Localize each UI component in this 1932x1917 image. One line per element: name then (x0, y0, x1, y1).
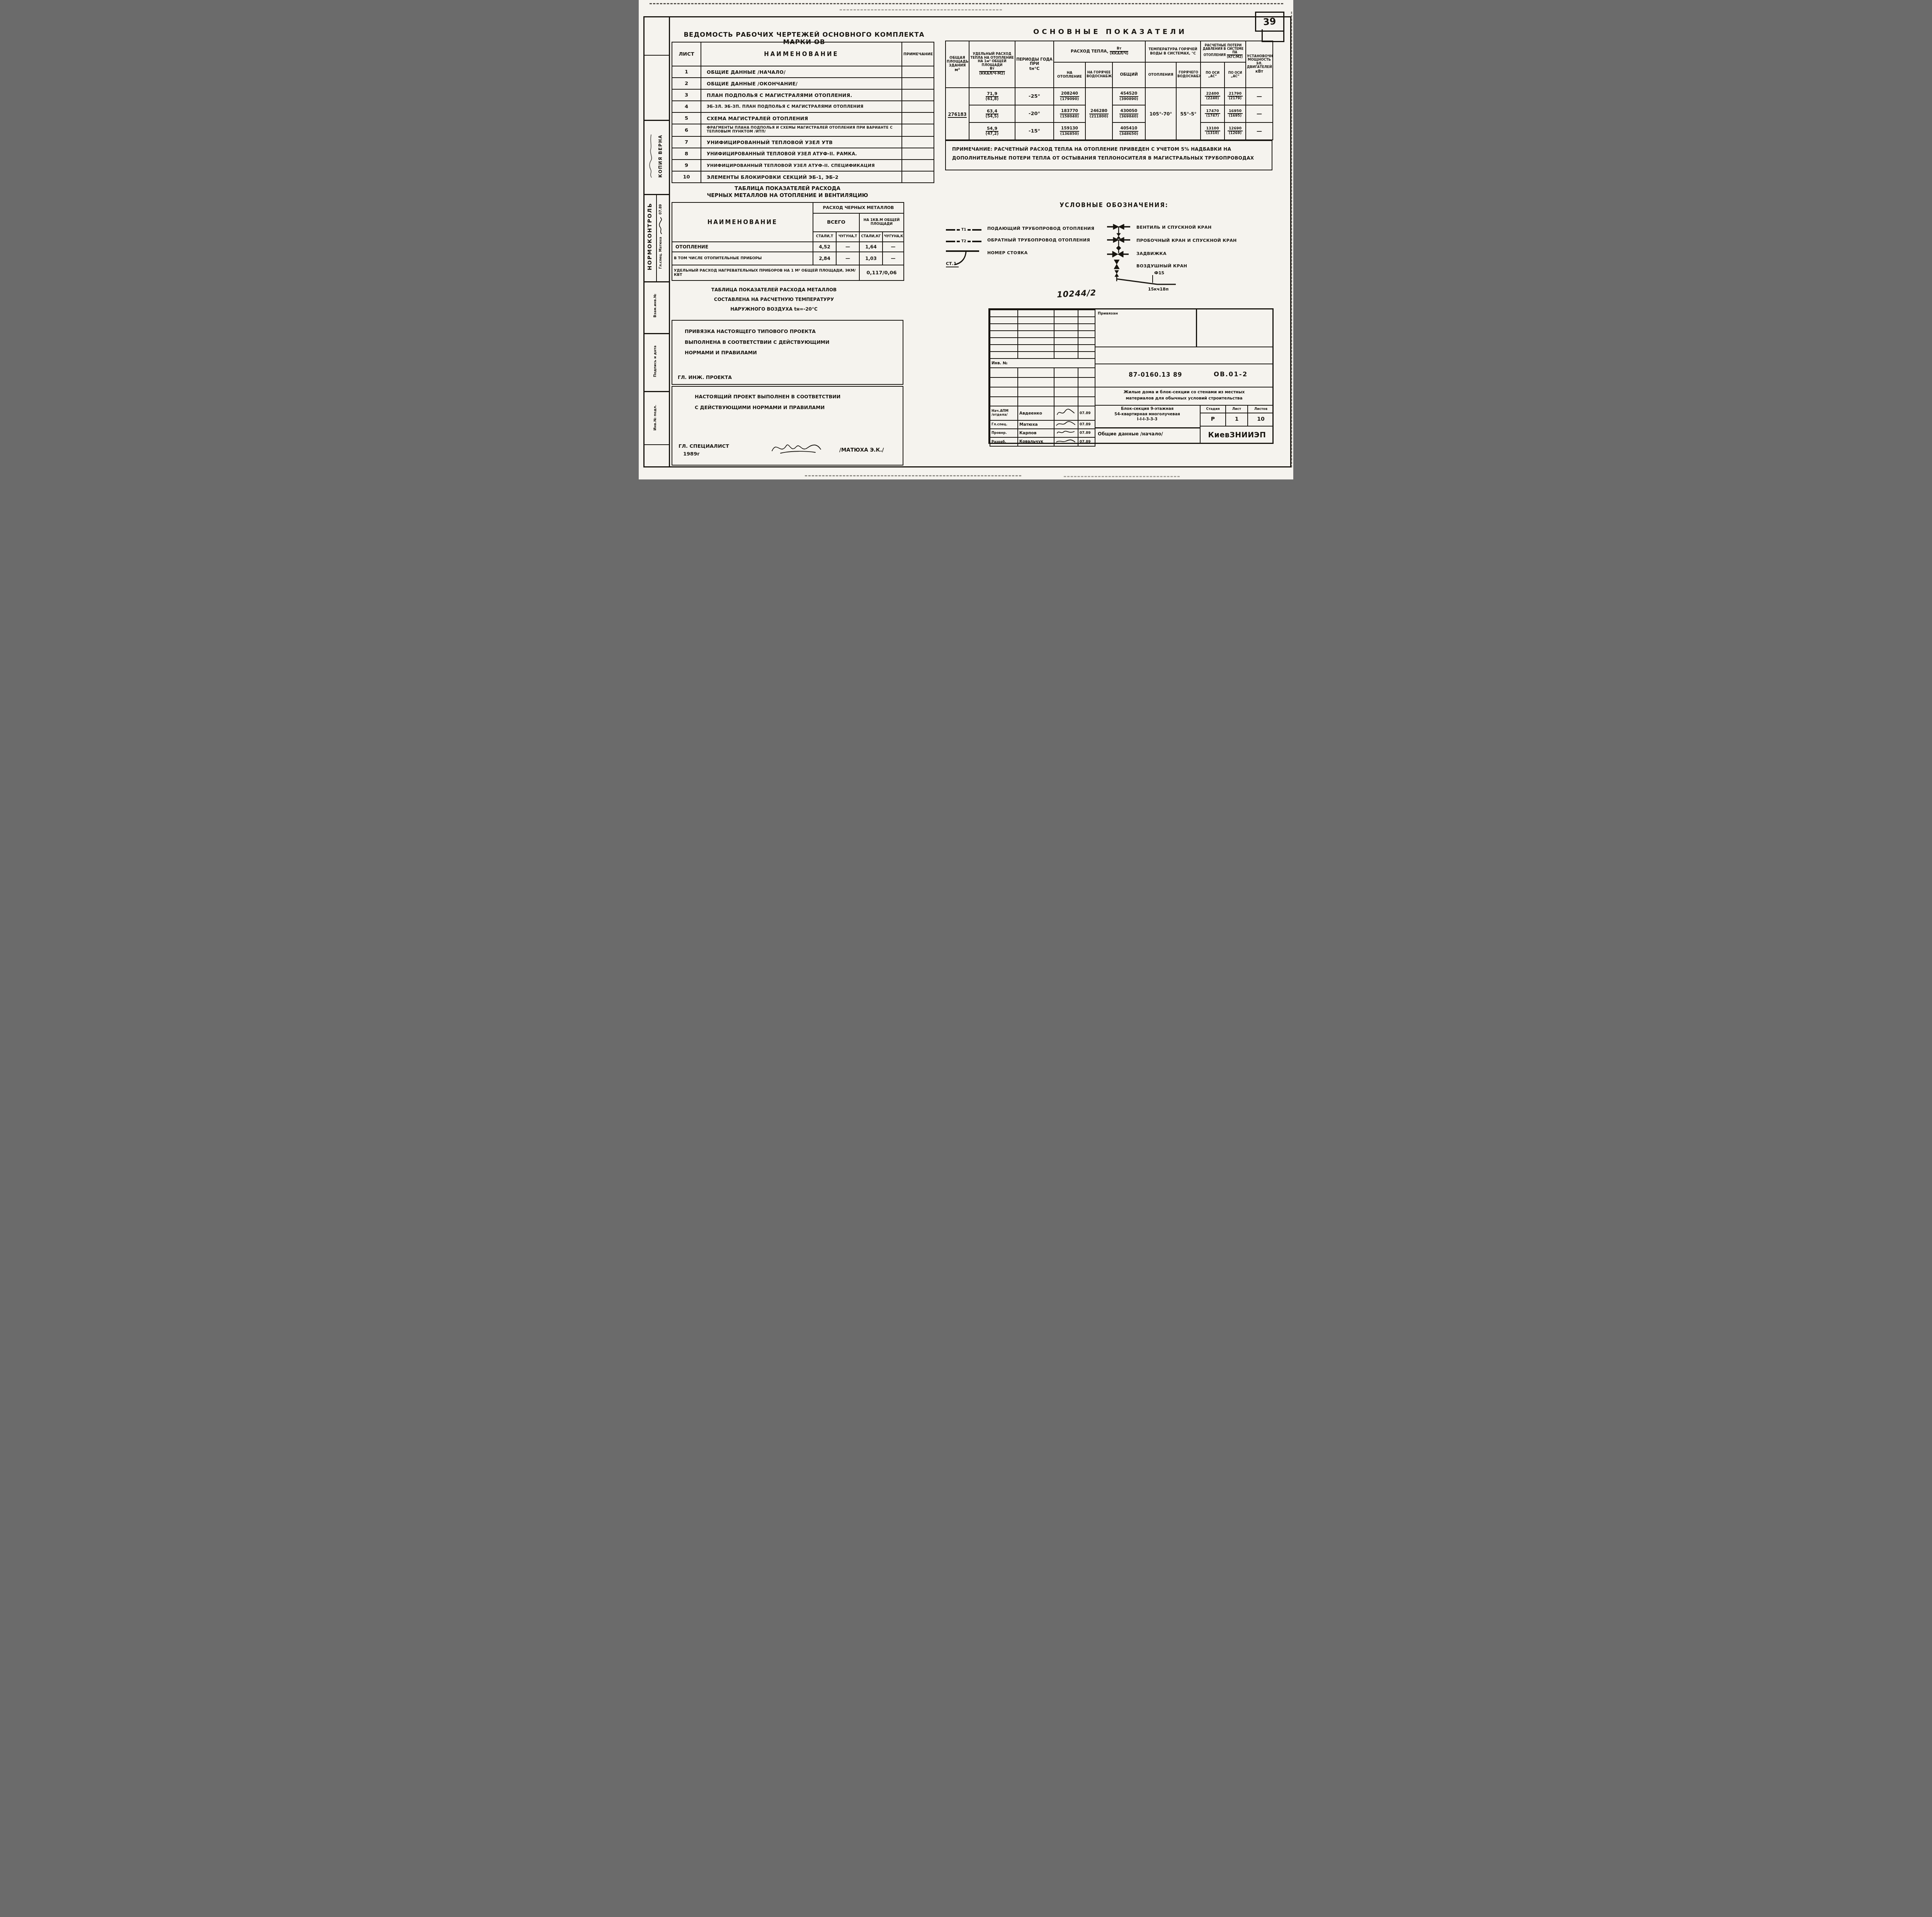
h-heat-frac-bot: (ККАЛ/Ч) (1110, 52, 1128, 56)
metals-table: НАИМЕНОВАНИЕ РАСХОД ЧЕРНЫХ МЕТАЛЛОВ ВСЕГ… (672, 202, 904, 281)
metals-title-l2: ЧЕРНЫХ МЕТАЛЛОВ НА ОТОПЛЕНИЕ И ВЕНТИЛЯЦИ… (707, 192, 868, 199)
h-area: ОБЩАЯ ПЛОЩАДЬ ЗДАНИЯ (947, 56, 968, 68)
table-row: 2ОБЩИЕ ДАННЫЕ /ОКОНЧАНИЕ/ (672, 78, 934, 89)
normokontrol-label: НОРМОКОНТРОЛЬ (645, 194, 655, 279)
sheet-number-box: 39 (1255, 12, 1284, 32)
loss1-bot: (2240) (1205, 97, 1220, 101)
table-row: 3ПЛАН ПОДПОЛЬЯ С МАГИСТРАЛЯМИ ОТОПЛЕНИЯ. (672, 89, 934, 101)
h-power-unit: кВт (1255, 70, 1263, 74)
air-valve-model: 15кч18п (1148, 287, 1168, 292)
specific-top: 63,4 (986, 109, 999, 114)
legend-label-plug: ПРОБОЧНЫЙ КРАН И СПУСКНОЙ КРАН (1136, 238, 1237, 243)
indicators-note-box: ПРИМЕЧАНИЕ: РАСЧЕТНЫЙ РАСХОД ТЕПЛА НА ОТ… (945, 140, 1272, 170)
indicators-table: ОБЩАЯ ПЛОЩАДЬ ЗДАНИЯ м² УДЕЛЬНЫЙ РАСХОД … (945, 41, 1273, 140)
table-row: 6ФРАГМЕНТЫ ПЛАНА ПОДПОЛЬЯ И СХЕМЫ МАГИСТ… (672, 124, 934, 136)
person-date: 07.89 (1080, 411, 1090, 415)
h-heat-frac-top: Вт (1110, 47, 1128, 52)
row-name: ЭЛЕМЕНТЫ БЛОКИРОВКИ СЕКЦИЙ ЭБ-1, ЭБ-2 (707, 174, 838, 180)
person-name: Карпов (1019, 431, 1036, 435)
row-num: 10 (683, 174, 690, 180)
copy-stamp-text: КОПИЯ ВЕРНА (658, 134, 663, 177)
riser-tag: СТ.1 (946, 261, 959, 267)
person-date: 07.89 (1080, 440, 1090, 444)
metals-col-steel-t: СТАЛИ,Т (816, 235, 833, 238)
sheets-label: Листов (1248, 406, 1274, 413)
h-temp-group: ТЕМПЕРАТУРА ГОРЯЧЕЙ ВОДЫ В СИСТЕМАХ, °С (1148, 48, 1197, 55)
revision-grid: Инв. № Нач.АПМ/отдела/ Авдеенко 07.89 Гл… (990, 309, 1095, 447)
hot-water-bot: (211800) (1089, 114, 1109, 119)
title-block: Инв. № Нач.АПМ/отдела/ Авдеенко 07.89 Гл… (988, 308, 1274, 444)
pipe-t2-tag: Т2 (961, 240, 966, 243)
h-temp-heating: ОТОПЛЕНИЯ (1148, 73, 1173, 77)
copy-edge-bottom-2 (1064, 476, 1180, 477)
doc-number: 87-0160.13 89 (1129, 371, 1182, 378)
metals-footer-value: 0,117/0,06 (867, 270, 897, 276)
riser-symbol: СТ.1 (946, 250, 979, 268)
heating-top: 208240 (1060, 92, 1079, 97)
metals-steel-kg: 1,64 (865, 244, 877, 250)
signature-icon (1056, 438, 1076, 444)
signature-icon (1056, 429, 1076, 435)
indicators-title-text: ОСНОВНЫЕ ПОКАЗАТЕЛИ (1033, 28, 1187, 36)
col-note: ПРИМЕЧАНИЕ (903, 52, 933, 56)
metals-note-l3: НАРУЖНОГО ВОЗДУХА tн=-20°С (730, 306, 817, 312)
h-heating: НА ОТОПЛЕНИЕ (1057, 71, 1082, 79)
indicators-title: ОСНОВНЫЕ ПОКАЗАТЕЛИ (1006, 28, 1214, 36)
period-value: -25° (1029, 93, 1040, 99)
gate-valve-icon (1107, 250, 1129, 258)
metals-footer-row: УДЕЛЬНЫЙ РАСХОД НАГРЕВАТЕЛЬНЫХ ПРИБОРОВ … (672, 265, 904, 280)
person-role: Гл.спец. (992, 423, 1007, 427)
row-num: 6 (685, 127, 688, 133)
row-num: 3 (685, 92, 688, 98)
legend-label-t2: ОБРАТНЫЙ ТРУБОПРОВОД ОТОПЛЕНИЯ (987, 238, 1090, 243)
row-name: ЭБ-3Л. ЭБ-3П. ПЛАН ПОДПОЛЬЯ С МАГИСТРАЛЯ… (707, 104, 864, 109)
specific-bot: (61,8) (986, 97, 999, 102)
copy-edge-top-2 (840, 9, 1002, 10)
metals-note-l2: СОСТАВЛЕНА НА РАСЧЕТНУЮ ТЕМПЕРАТУРУ (714, 297, 834, 302)
power-value: — (1257, 111, 1262, 117)
table-row: 7УНИФИЦИРОВАННЫЙ ТЕПЛОВОЙ УЗЕЛ УТВ (672, 136, 934, 148)
row-name: ОБЩИЕ ДАННЫЕ /ОКОНЧАНИЕ/ (707, 81, 798, 87)
power-value: — (1257, 128, 1262, 134)
object-line2: 54-квартирная многолучевая (1114, 412, 1180, 416)
legend-label-t1: ПОДАЮЩИЙ ТРУБОПРОВОД ОТОПЛЕНИЯ (987, 226, 1094, 231)
metals-title-l1: ТАБЛИЦА ПОКАЗАТЕЛЕЙ РАСХОДА (735, 185, 840, 192)
loss2-bot: (2179) (1228, 97, 1243, 101)
specific-bot: (47,2) (986, 132, 999, 136)
legend-air-text: ВОЗДУШНЫЙ КРАН (1136, 263, 1187, 269)
person-row: Провер. Карпов 07.89 (990, 429, 1095, 437)
pipe-t1-tag: Т1 (961, 228, 966, 232)
person-date: 07.89 (1080, 423, 1090, 427)
metals-table-title: ТАБЛИЦА ПОКАЗАТЕЛЕЙ РАСХОДА ЧЕРНЫХ МЕТАЛ… (672, 185, 903, 199)
loss2-top: 21790 (1228, 92, 1243, 97)
signature-icon (1056, 408, 1076, 417)
person-row: Нач.АПМ/отдела/ Авдеенко 07.89 (990, 406, 1095, 420)
specific-top: 71,9 (986, 92, 999, 97)
metals-row-name: В ТОМ ЧИСЛЕ ОТОПИТЕЛЬНЫЕ ПРИБОРЫ (674, 256, 762, 260)
binding-note-box: ПРИВЯЗКА НАСТОЯЩЕГО ТИПОВОГО ПРОЕКТА ВЫП… (672, 320, 903, 385)
compliance-box: НАСТОЯЩИЙ ПРОЕКТ ВЫПОЛНЕН В СООТВЕТСТВИИ… (672, 386, 903, 466)
copy-edge-bottom (805, 475, 1021, 476)
specific-bot: (54,5) (986, 114, 999, 119)
h-specific: УДЕЛЬНЫЙ РАСХОД ТЕПЛА НА ОТОПЛЕНИЕ НА 1м… (970, 52, 1014, 67)
series-line1: Жилые дома и блок-секции со стенами из м… (1124, 390, 1245, 394)
h-total: ОБЩИЙ (1120, 73, 1138, 77)
sheets-value: 10 (1248, 413, 1274, 426)
row-name: УНИФИЦИРОВАННЫЙ ТЕПЛОВОЙ УЗЕЛ АТУФ-II. С… (707, 163, 875, 168)
metals-steel-t: 4,52 (819, 244, 830, 250)
metals-steel-kg: 1,03 (865, 256, 877, 261)
metals-iron-t: — (845, 256, 850, 261)
air-model-text: 15кч18п (1148, 287, 1168, 292)
h-power: УСТАНОВОЧНАЯ МОЩНОСТЬ ЭЛ. ДВИГАТЕЛЕЙ (1247, 54, 1273, 70)
air-valve-size: Ф15 (1154, 270, 1164, 275)
heating-bot: (136850) (1060, 132, 1079, 136)
row-num: 4 (685, 104, 688, 110)
copy-stamp-signature (648, 123, 653, 189)
signature-icon (659, 217, 663, 235)
signature-icon (648, 133, 653, 179)
h-heat-group: РАСХОД ТЕПЛА, (1071, 49, 1109, 54)
row-num: 7 (685, 139, 688, 145)
period-value: -20° (1029, 111, 1040, 117)
legend-label-gate: ЗАДВИЖКА (1136, 251, 1167, 256)
area-value: 276183 (948, 112, 966, 118)
person-role2: /отдела/ (992, 413, 1008, 417)
air-size-text: Ф15 (1154, 270, 1164, 275)
normokontrol-sign-row: Гл.спец. Матюха 07.89 (658, 194, 663, 279)
metals-note-l1: ТАБЛИЦА ПОКАЗАТЕЛЕЙ РАСХОДА МЕТАЛЛОВ (711, 287, 837, 292)
inv-podl-label: Инв.№ подл. (653, 393, 658, 442)
legend-item-t1: Т1 (946, 228, 981, 232)
compliance-l1: НАСТОЯЩИЙ ПРОЕКТ ВЫПОЛНЕН В СООТВЕТСТВИИ (695, 394, 840, 399)
total-bot: (369840) (1119, 114, 1139, 119)
hot-water-top: 246280 (1089, 109, 1109, 114)
compliance-name: /МАТЮХА Э.К./ (839, 447, 884, 453)
corner-note: Привязан (1098, 311, 1118, 316)
binding-signer: ГЛ. ИНЖ. ПРОЕКТА (678, 374, 732, 380)
podpis-data-label: Подпись и дата (653, 335, 658, 388)
heating-bot: (158040) (1060, 114, 1079, 119)
normokontrol-text: НОРМОКОНТРОЛЬ (647, 203, 653, 270)
metals-row-name: ОТОПЛЕНИЕ (675, 244, 708, 250)
table-row: 1ОБЩИЕ ДАННЫЕ /НАЧАЛО/ (672, 66, 934, 78)
row-name: ФРАГМЕНТЫ ПЛАНА ПОДПОЛЬЯ И СХЕМЫ МАГИСТР… (707, 126, 893, 134)
legend-t2-text: ОБРАТНЫЙ ТРУБОПРОВОД ОТОПЛЕНИЯ (987, 238, 1090, 243)
metals-col-iron-kg: ЧУГУНА,КГ (884, 235, 904, 238)
signature-icon (1056, 421, 1076, 427)
series-line2: материалов для обычных условий строитель… (1126, 396, 1243, 401)
loss2-bot: (1695) (1228, 114, 1243, 118)
legend-valve-text: ВЕНТИЛЬ И СПУСКНОЙ КРАН (1136, 225, 1212, 230)
h-specific-frac-top: Вт (979, 67, 1005, 72)
indicators-note-text: ПРИМЕЧАНИЕ: РАСЧЕТНЫЙ РАСХОД ТЕПЛА НА ОТ… (952, 146, 1254, 161)
legend-label-valve: ВЕНТИЛЬ И СПУСКНОЙ КРАН (1136, 225, 1212, 230)
legend-plug-text: ПРОБОЧНЫЙ КРАН И СПУСКНОЙ КРАН (1136, 238, 1237, 243)
h-hot-water: НА ГОРЯЧЕЕ ВОДОСНАБЖЕНИЕ (1087, 71, 1112, 78)
h-loss-frac-top: ПА (1227, 51, 1243, 55)
metals-row: ОТОПЛЕНИЕ 4,52 — 1,64 — (672, 242, 904, 252)
object-line3: I-I-I-3-3-3 (1137, 417, 1158, 421)
total-top: 405410 (1119, 126, 1139, 131)
total-top: 454520 (1119, 92, 1139, 97)
heating-top: 159130 (1060, 126, 1079, 131)
organization-text: КиевЗНИИЭП (1208, 431, 1266, 439)
row-num: 2 (685, 81, 688, 87)
loss1-bot: (1747) (1205, 114, 1220, 118)
heating-bot: (179090) (1060, 97, 1079, 101)
title-block-right: Привязан 87-0160.13 89 ОВ.01-2 Жилые дом… (1095, 309, 1274, 443)
metals-col-steel-kg: СТАЛИ,КГ (861, 235, 881, 238)
h-specific-frac-bot: (ККАЛ/Ч·М2) (979, 72, 1005, 76)
vzam-inv-text: Взам.инв.№ (653, 294, 657, 317)
h-loss-frac-bot: (КГС/М2) (1227, 55, 1243, 59)
table-row: 9УНИФИЦИРОВАННЫЙ ТЕПЛОВОЙ УЗЕЛ АТУФ-II. … (672, 160, 934, 171)
metals-note: ТАБЛИЦА ПОКАЗАТЕЛЕЙ РАСХОДА МЕТАЛЛОВ СОС… (693, 285, 855, 314)
stage-label: Стадия (1201, 406, 1226, 413)
drawings-table: ЛИСТ НАИМЕНОВАНИЕ ПРИМЕЧАНИЕ 1ОБЩИЕ ДАНН… (672, 42, 934, 183)
row-num: 5 (685, 116, 688, 121)
legend-gate-text: ЗАДВИЖКА (1136, 251, 1167, 256)
compliance-year: 1989г (679, 451, 700, 457)
sheet-value: 1 (1226, 413, 1248, 426)
h-period: ПЕРИОДЫ ГОДА ПРИ (1016, 58, 1053, 66)
person-row: Разраб. Ковальчук 07.89 (990, 437, 1095, 446)
table-row: 5СХЕМА МАГИСТРАЛЕЙ ОТОПЛЕНИЯ (672, 112, 934, 124)
binding-l1: ПРИВЯЗКА НАСТОЯЩЕГО ТИПОВОГО ПРОЕКТА (685, 328, 816, 334)
person-name: Матюха (1019, 422, 1038, 427)
person-date: 07.89 (1080, 431, 1090, 435)
table-row: 4ЭБ-3Л. ЭБ-3П. ПЛАН ПОДПОЛЬЯ С МАГИСТРАЛ… (672, 101, 934, 112)
period-value: -15° (1029, 128, 1040, 134)
person-name: Ковальчук (1019, 440, 1043, 444)
heating-top: 183770 (1060, 109, 1079, 114)
col-sheet: ЛИСТ (679, 51, 694, 57)
person-role: Разраб. (992, 440, 1006, 444)
sheet-label: Лист (1226, 406, 1248, 413)
h-period-unit: tн°С (1029, 66, 1039, 71)
loss1-top: 22400 (1205, 92, 1220, 97)
row-num: 9 (685, 163, 688, 168)
loss2-top: 12690 (1228, 127, 1243, 131)
legend-label-riser: НОМЕР СТОЯКА (987, 250, 1028, 255)
row-name: ПЛАН ПОДПОЛЬЯ С МАГИСТРАЛЯМИ ОТОПЛЕНИЯ. (707, 92, 852, 98)
row-name: СХЕМА МАГИСТРАЛЕЙ ОТОПЛЕНИЯ (707, 116, 808, 121)
legend-t1-text: ПОДАЮЩИЙ ТРУБОПРОВОД ОТОПЛЕНИЯ (987, 226, 1094, 231)
indicators-row: 276183 71,9(61,8) -25° 208240(179090) 24… (946, 88, 1273, 105)
specific-top: 54,9 (986, 126, 999, 132)
metals-iron-t: — (845, 244, 850, 250)
organization: КиевЗНИИЭП (1201, 427, 1274, 444)
normokontrol-date: 07.89 (659, 204, 663, 214)
power-value: — (1257, 93, 1262, 100)
metals-steel-t: 2,84 (819, 256, 830, 261)
binding-l2: ВЫПОЛНЕНА В СООТВЕТСТВИИ С ДЕЙСТВУЮЩИМИ (685, 339, 830, 345)
sheet-number: 39 (1263, 16, 1276, 27)
binding-l3: НОРМАМИ И ПРАВИЛАМИ (685, 350, 757, 355)
blueprint-sheet: КОПИЯ ВЕРНА НОРМОКОНТРОЛЬ Гл.спец. Матюх… (639, 0, 1293, 479)
signature-icon (769, 438, 823, 456)
copy-stamp: КОПИЯ ВЕРНА (657, 121, 663, 192)
copy-edge-top (650, 3, 1283, 4)
h-area-unit: м² (955, 67, 960, 72)
loss1-top: 13100 (1205, 127, 1220, 131)
metals-footer-label: УДЕЛЬНЫЙ РАСХОД НАГРЕВАТЕЛЬНЫХ ПРИБОРОВ … (674, 269, 856, 277)
person-name: Авдеенко (1019, 411, 1042, 416)
normokontrol-signer: Гл.спец. Матюха (659, 237, 663, 269)
total-top: 430050 (1119, 109, 1139, 114)
person-role: Нач.АПМ (992, 409, 1009, 413)
loss1-top: 17470 (1205, 109, 1220, 114)
col-name: НАИМЕНОВАНИЕ (764, 51, 839, 58)
h-loss-axis1: ПО ОСИ „АС“ (1206, 71, 1219, 78)
inv-number-label: Инв. № (992, 361, 1007, 365)
loss2-bot: (1269) (1228, 131, 1243, 136)
row-name: УНИФИЦИРОВАННЫЙ ТЕПЛОВОЙ УЗЕЛ УТВ (707, 139, 833, 145)
total-bot: (348650) (1119, 132, 1139, 136)
metals-col-name: НАИМЕНОВАНИЕ (707, 219, 778, 226)
metals-col-iron-t: ЧУГУНА,Т (838, 235, 857, 238)
total-bot: (390890) (1119, 97, 1139, 101)
person-row: Гл.спец. Матюха 07.89 (990, 420, 1095, 429)
metals-row: В ТОМ ЧИСЛЕ ОТОПИТЕЛЬНЫЕ ПРИБОРЫ 2,84 — … (672, 252, 904, 265)
metals-iron-kg: — (891, 256, 896, 261)
podpis-data-text: Подпись и дата (653, 345, 657, 377)
object-line1: Блок-секция 9-этажная (1121, 407, 1173, 411)
loss2-top: 16950 (1228, 109, 1243, 114)
row-name: ОБЩИЕ ДАННЫЕ /НАЧАЛО/ (707, 69, 786, 75)
compliance-role: ГЛ. СПЕЦИАЛИСТ (679, 444, 729, 449)
inv-podl-text: Инв.№ подл. (653, 405, 657, 431)
h-loss-axis2: ПО ОСИ „АС“ (1228, 71, 1242, 78)
legend-label-air: ВОЗДУШНЫЙ КРАН (1136, 263, 1187, 269)
legend-item-t2: Т2 (946, 240, 981, 243)
legend-title-text: УСЛОВНЫЕ ОБОЗНАЧЕНИЯ: (1060, 202, 1168, 209)
row-num: 1 (685, 69, 688, 75)
row-num: 8 (685, 151, 688, 157)
margin-strip-divider (669, 16, 670, 466)
h-temp-hw: ГОРЯЧЕГО ВОДОСНАБЖЕНИЯ (1177, 71, 1201, 78)
temp-heating-value: 105°-70° (1150, 111, 1172, 117)
metals-sub-total: ВСЕГО (827, 219, 845, 225)
legend-title: УСЛОВНЫЕ ОБОЗНАЧЕНИЯ: (1033, 202, 1195, 209)
vzam-inv-label: Взам.инв.№ (653, 283, 658, 328)
table-row: 8УНИФИЦИРОВАННЫЙ ТЕПЛОВОЙ УЗЕЛ АТУФ-II. … (672, 148, 934, 160)
row-name: УНИФИЦИРОВАННЫЙ ТЕПЛОВОЙ УЗЕЛ АТУФ-II. Р… (707, 151, 857, 156)
person-role: Провер. (992, 431, 1007, 435)
metals-sub-per-m2: НА 1КВ.М ОБЩЕЙ ПЛОЩАДИ (864, 218, 900, 226)
legend-riser-text: НОМЕР СТОЯКА (987, 250, 1028, 255)
doc-code: ОВ.01-2 (1214, 370, 1248, 378)
metals-group: РАСХОД ЧЕРНЫХ МЕТАЛЛОВ (823, 205, 894, 210)
table-row: 10ЭЛЕМЕНТЫ БЛОКИРОВКИ СЕКЦИЙ ЭБ-1, ЭБ-2 (672, 171, 934, 183)
stage-value: Р (1201, 413, 1226, 426)
metals-iron-kg: — (891, 244, 896, 250)
sheet-title: Общие данные /начало/ (1098, 431, 1163, 437)
temp-hw-value: 55°-5° (1180, 111, 1197, 117)
compliance-l2: С ДЕЙСТВУЮЩИМИ НОРМАМИ И ПРАВИЛАМИ (695, 404, 825, 410)
loss1-bot: (1310) (1205, 131, 1220, 136)
